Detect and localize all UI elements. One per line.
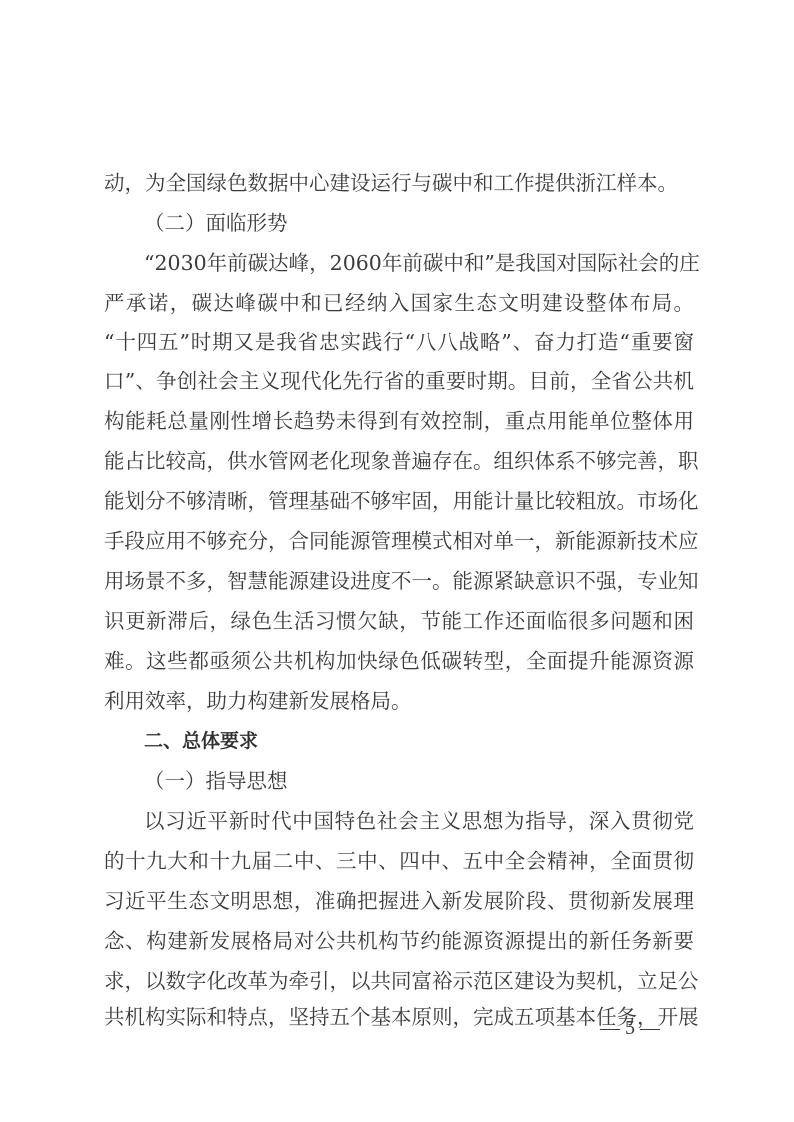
paragraph-line: 动，为全国绿色数据中心建设运行与碳中和工作提供浙江样本。 <box>104 168 694 198</box>
paragraph-line: 的十九大和十九届二中、三中、四中、五中全会精神，全面贯彻 <box>104 846 694 876</box>
paragraph-line: 严承诺，碳达峰碳中和已经纳入国家生态文明建设整体布局。 <box>104 288 694 318</box>
paragraph-line: 能划分不够清晰，管理基础不够牢固，用能计量比较粗放。市场化 <box>104 486 694 516</box>
section-heading: 二、总体要求 <box>144 726 694 756</box>
paragraph-line: 以习近平新时代中国特色社会主义思想为指导，深入贯彻党 <box>144 806 694 836</box>
document-page: 动，为全国绿色数据中心建设运行与碳中和工作提供浙江样本。 （二）面临形势 “20… <box>0 0 794 1122</box>
page-number: — 5 — <box>590 1017 670 1040</box>
paragraph-line: “十四五”时期又是我省忠实践行“八八战略”、奋力打造“重要窗 <box>104 327 694 357</box>
paragraph-line: 用场景不多，智慧能源建设进度不一。能源紧缺意识不强，专业知 <box>104 566 694 596</box>
paragraph-line: “2030年前碳达峰，2060年前碳中和”是我国对国际社会的庄 <box>144 248 694 278</box>
paragraph-line: 口”、争创社会主义现代化先行省的重要时期。目前，全省公共机 <box>104 366 694 396</box>
paragraph-line: 能占比较高，供水管网老化现象普遍存在。组织体系不够完善，职 <box>104 446 694 476</box>
section-subheading: （一）指导思想 <box>144 766 694 796</box>
paragraph-line: 习近平生态文明思想，准确把握进入新发展阶段、贯彻新发展理 <box>104 886 694 916</box>
paragraph-line: 构能耗总量刚性增长趋势未得到有效控制，重点用能单位整体用 <box>104 406 694 436</box>
paragraph-line: 手段应用不够充分，合同能源管理模式相对单一，新能源新技术应 <box>104 526 694 556</box>
paragraph-line: 求，以数字化改革为牵引，以共同富裕示范区建设为契机，立足公 <box>104 966 694 996</box>
paragraph-line: 利用效率，助力构建新发展格局。 <box>104 686 694 716</box>
paragraph-line: 念、构建新发展格局对公共机构节约能源资源提出的新任务新要 <box>104 926 694 956</box>
paragraph-line: 难。这些都亟须公共机构加快绿色低碳转型，全面提升能源资源 <box>104 646 694 676</box>
section-subheading: （二）面临形势 <box>144 208 694 238</box>
paragraph-line: 识更新滞后，绿色生活习惯欠缺，节能工作还面临很多问题和困 <box>104 606 694 636</box>
